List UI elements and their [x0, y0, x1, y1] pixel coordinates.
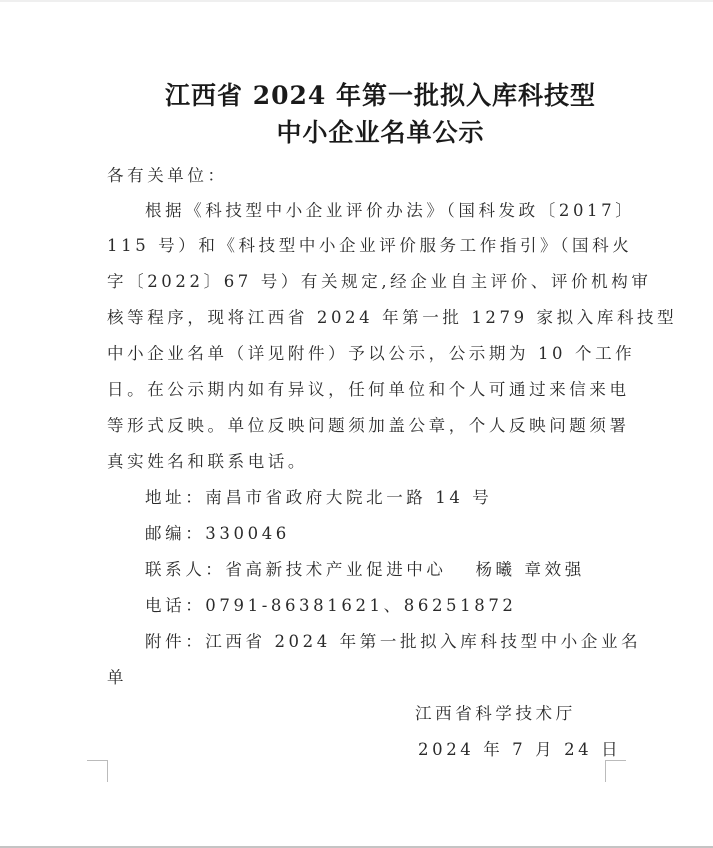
contact-person: 联系人：省高新技术产业促进中心 杨曦 章效强 — [145, 556, 585, 580]
document-page: 江西省 2024 年第一批拟入库科技型 中小企业名单公示 各有关单位： 根据《科… — [0, 0, 713, 846]
contact-address: 地址：南昌市省政府大院北一路 14 号 — [145, 484, 492, 508]
crop-mark-bottom-right — [605, 760, 626, 782]
salutation: 各有关单位： — [107, 162, 228, 186]
body-line: 真实姓名和联系电话。 — [107, 448, 308, 472]
crop-mark-bottom-left — [87, 760, 108, 782]
signature-date: 2024 年 7 月 24 日 — [418, 736, 621, 760]
document-title-line-2: 中小企业名单公示 — [24, 113, 713, 149]
attachment-line: 附件：江西省 2024 年第一批拟入库科技型中小企业名 — [145, 628, 641, 652]
body-line: 字〔2022〕67 号）有关规定,经企业自主评价、评价机构审 — [107, 268, 651, 292]
body-line: 日。在公示期内如有异议，任何单位和个人可通过来信来电 — [107, 376, 630, 400]
attachment-line: 单 — [107, 664, 127, 688]
body-line: 中小企业名单（详见附件）予以公示，公示期为 10 个工作 — [107, 340, 635, 364]
body-line: 核等程序，现将江西省 2024 年第一批 1279 家拟入库科技型 — [107, 304, 677, 328]
signature-issuer: 江西省科学技术厅 — [415, 700, 576, 724]
contact-postcode: 邮编：330046 — [145, 520, 290, 544]
body-line: 115 号）和《科技型中小企业评价服务工作指引》（国科火 — [107, 232, 632, 256]
body-line: 根据《科技型中小企业评价办法》（国科发政〔2017〕 — [145, 197, 635, 221]
contact-phone: 电话：0791-86381621、86251872 — [145, 592, 517, 616]
document-title-line-1: 江西省 2024 年第一批拟入库科技型 — [24, 76, 713, 112]
body-line: 等形式反映。单位反映问题须加盖公章，个人反映问题须署 — [107, 412, 630, 436]
